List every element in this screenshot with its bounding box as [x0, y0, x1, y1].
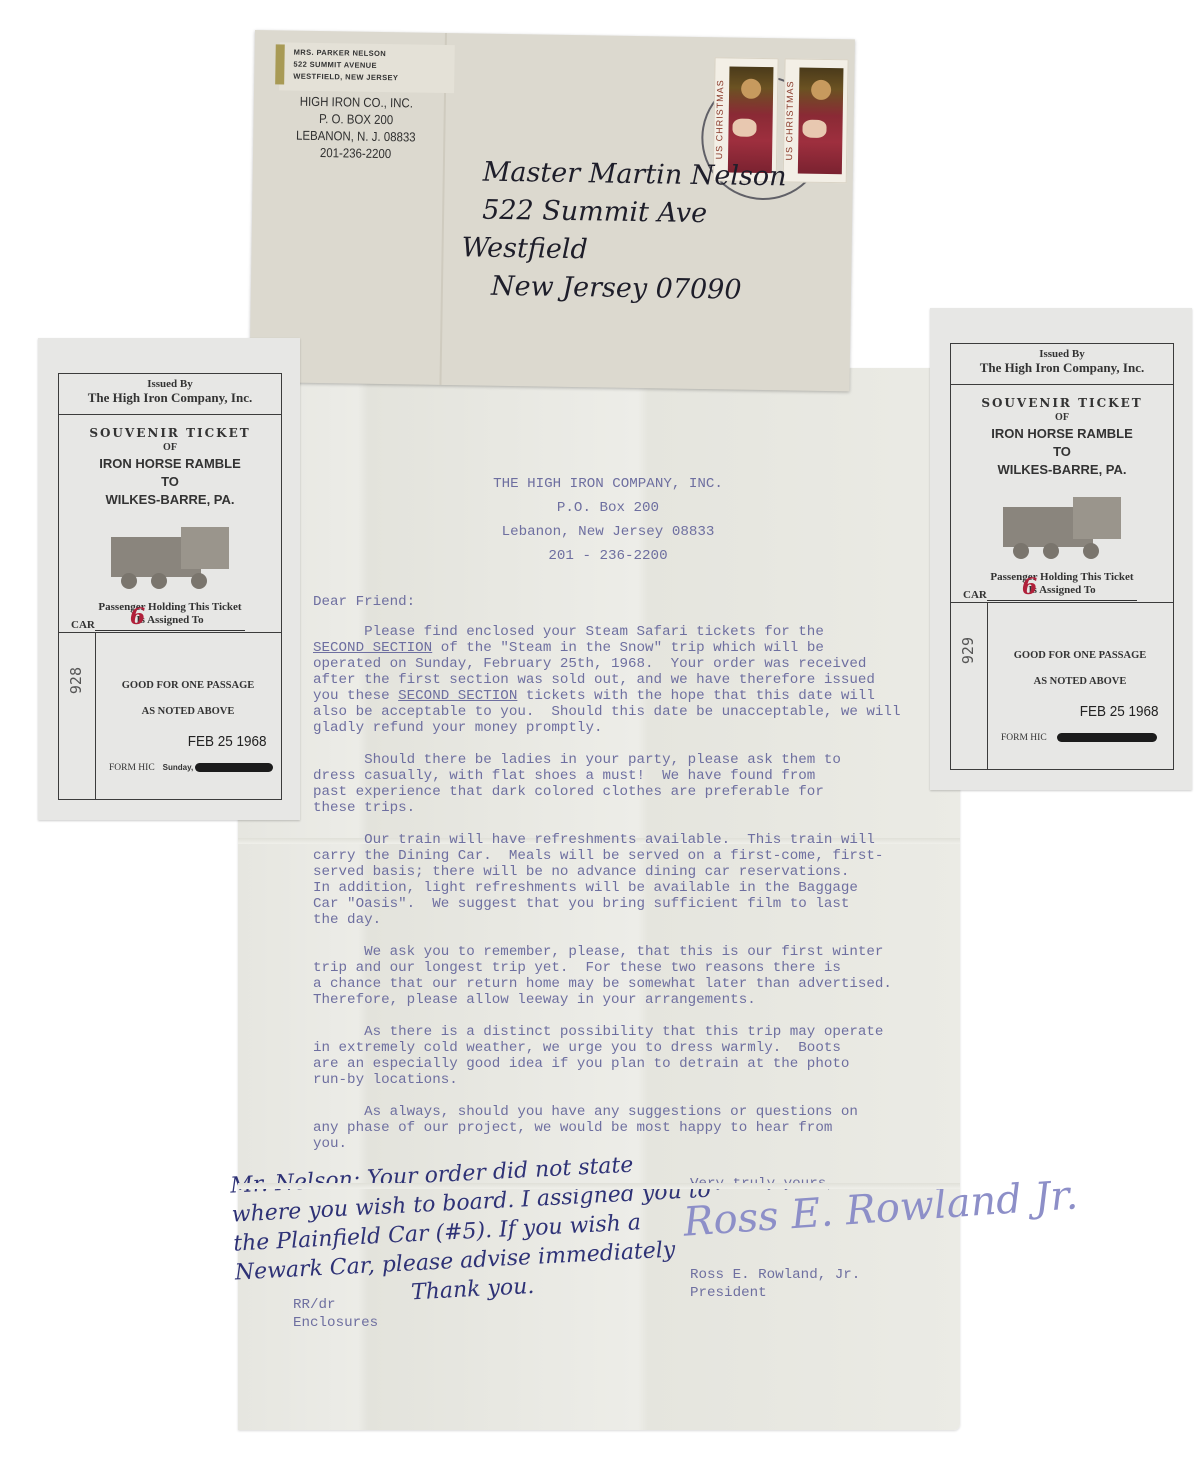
return-city: LEBANON, N. J. 08833: [283, 126, 428, 145]
car-number: 6: [130, 604, 145, 630]
ticket-event: IRON HORSE RAMBLE: [59, 456, 281, 471]
salutation: Dear Friend:: [313, 594, 415, 610]
child-figure-icon: [732, 119, 756, 137]
sender-city: WESTFIELD, NEW JERSEY: [293, 71, 398, 85]
ticket-title: SOUVENIR TICKET: [951, 396, 1173, 410]
label-gold-bar: [275, 44, 285, 84]
ticket-to: TO: [951, 444, 1173, 459]
christmas-stamp: US CHRISTMAS: [783, 58, 849, 183]
ticket-company: The High Iron Company, Inc.: [951, 360, 1173, 376]
letter-paragraph: As always, should you have any suggestio…: [313, 1104, 953, 1152]
ticket-title: SOUVENIR TICKET: [59, 426, 281, 440]
passenger-line: Passenger Holding This Ticket: [59, 601, 281, 614]
issued-by: Issued By: [59, 378, 281, 390]
car-label: CAR: [963, 589, 987, 601]
letter-paragraph: Please find enclosed your Steam Safari t…: [313, 624, 953, 736]
letter-paragraph: We ask you to remember, please, that thi…: [313, 944, 953, 1008]
return-company: HIGH IRON CO., INC.: [284, 92, 429, 111]
letterhead-phone: 201 - 236-2200: [458, 544, 758, 568]
redaction-mark: [1057, 733, 1157, 742]
locomotive-icon: [1003, 497, 1121, 559]
souvenir-ticket-right: Issued By The High Iron Company, Inc. SO…: [930, 308, 1192, 790]
redaction-mark: [195, 763, 273, 772]
ticket-to: TO: [59, 474, 281, 489]
child-figure-icon: [802, 120, 826, 138]
return-phone: 201-236-2200: [283, 143, 428, 162]
typed-letter: THE HIGH IRON COMPANY, INC. P.O. Box 200…: [238, 368, 960, 1430]
ticket-destination: WILKES-BARRE, PA.: [951, 462, 1173, 477]
recipient-street: 522 Summit Ave: [462, 191, 786, 234]
issued-by: Issued By: [951, 348, 1173, 360]
recipient-address: Master Martin Nelson 522 Summit Ave West…: [461, 153, 787, 310]
locomotive-icon: [111, 527, 229, 589]
recipient-state-zip: New Jersey 07090: [461, 267, 785, 310]
ticket-company: The High Iron Company, Inc.: [59, 390, 281, 406]
letter-paragraph: Should there be ladies in your party, pl…: [313, 752, 953, 816]
ticket-event: IRON HORSE RAMBLE: [951, 426, 1173, 441]
return-address-stamp: HIGH IRON CO., INC. P. O. BOX 200 LEBANO…: [283, 92, 429, 162]
car-label: CAR: [71, 619, 95, 631]
serial-number: 929: [959, 637, 977, 664]
recipient-name: Master Martin Nelson: [462, 153, 786, 196]
handwritten-note: Mr. Nelson: Your order did not state whe…: [230, 1144, 757, 1316]
good-for: GOOD FOR ONE PASSAGE: [987, 643, 1173, 669]
ticket-destination: WILKES-BARRE, PA.: [59, 492, 281, 507]
form-label: FORM HIC: [1001, 733, 1047, 743]
as-noted: AS NOTED ABOVE: [95, 699, 281, 725]
car-assignment: CAR6: [963, 586, 1137, 601]
souvenir-ticket-left: Issued By The High Iron Company, Inc. SO…: [38, 338, 300, 820]
car-number: 6: [1022, 574, 1037, 600]
good-for: GOOD FOR ONE PASSAGE: [95, 673, 281, 699]
ticket-of: OF: [951, 412, 1173, 423]
letterhead-city: Lebanon, New Jersey 08833: [458, 520, 758, 544]
envelope: MRS. PARKER NELSON 522 SUMMIT AVENUE WES…: [249, 30, 854, 391]
as-noted: AS NOTED ABOVE: [987, 669, 1173, 695]
sender-address-label: MRS. PARKER NELSON 522 SUMMIT AVENUE WES…: [279, 42, 455, 93]
enclosures: Enclosures: [293, 1314, 378, 1332]
passenger-line: Passenger Holding This Ticket: [951, 571, 1173, 584]
trip-date: FEB 25 1968: [188, 733, 267, 750]
day-label: Sunday,: [163, 763, 194, 772]
ticket-of: OF: [59, 442, 281, 453]
serial-number: 928: [67, 667, 85, 694]
letter-paragraph: As there is a distinct possibility that …: [313, 1024, 953, 1088]
letterhead-po-box: P.O. Box 200: [458, 496, 758, 520]
car-assignment: CAR6: [71, 616, 245, 631]
letterhead: THE HIGH IRON COMPANY, INC. P.O. Box 200…: [458, 472, 758, 568]
letter-paragraph: Our train will have refreshments availab…: [313, 832, 953, 928]
recipient-city: Westfield: [461, 229, 785, 272]
letterhead-company: THE HIGH IRON COMPANY, INC.: [458, 472, 758, 496]
letter-body: Please find enclosed your Steam Safari t…: [313, 624, 953, 1168]
trip-date: FEB 25 1968: [1080, 703, 1159, 720]
form-label: FORM HIC: [109, 763, 155, 773]
